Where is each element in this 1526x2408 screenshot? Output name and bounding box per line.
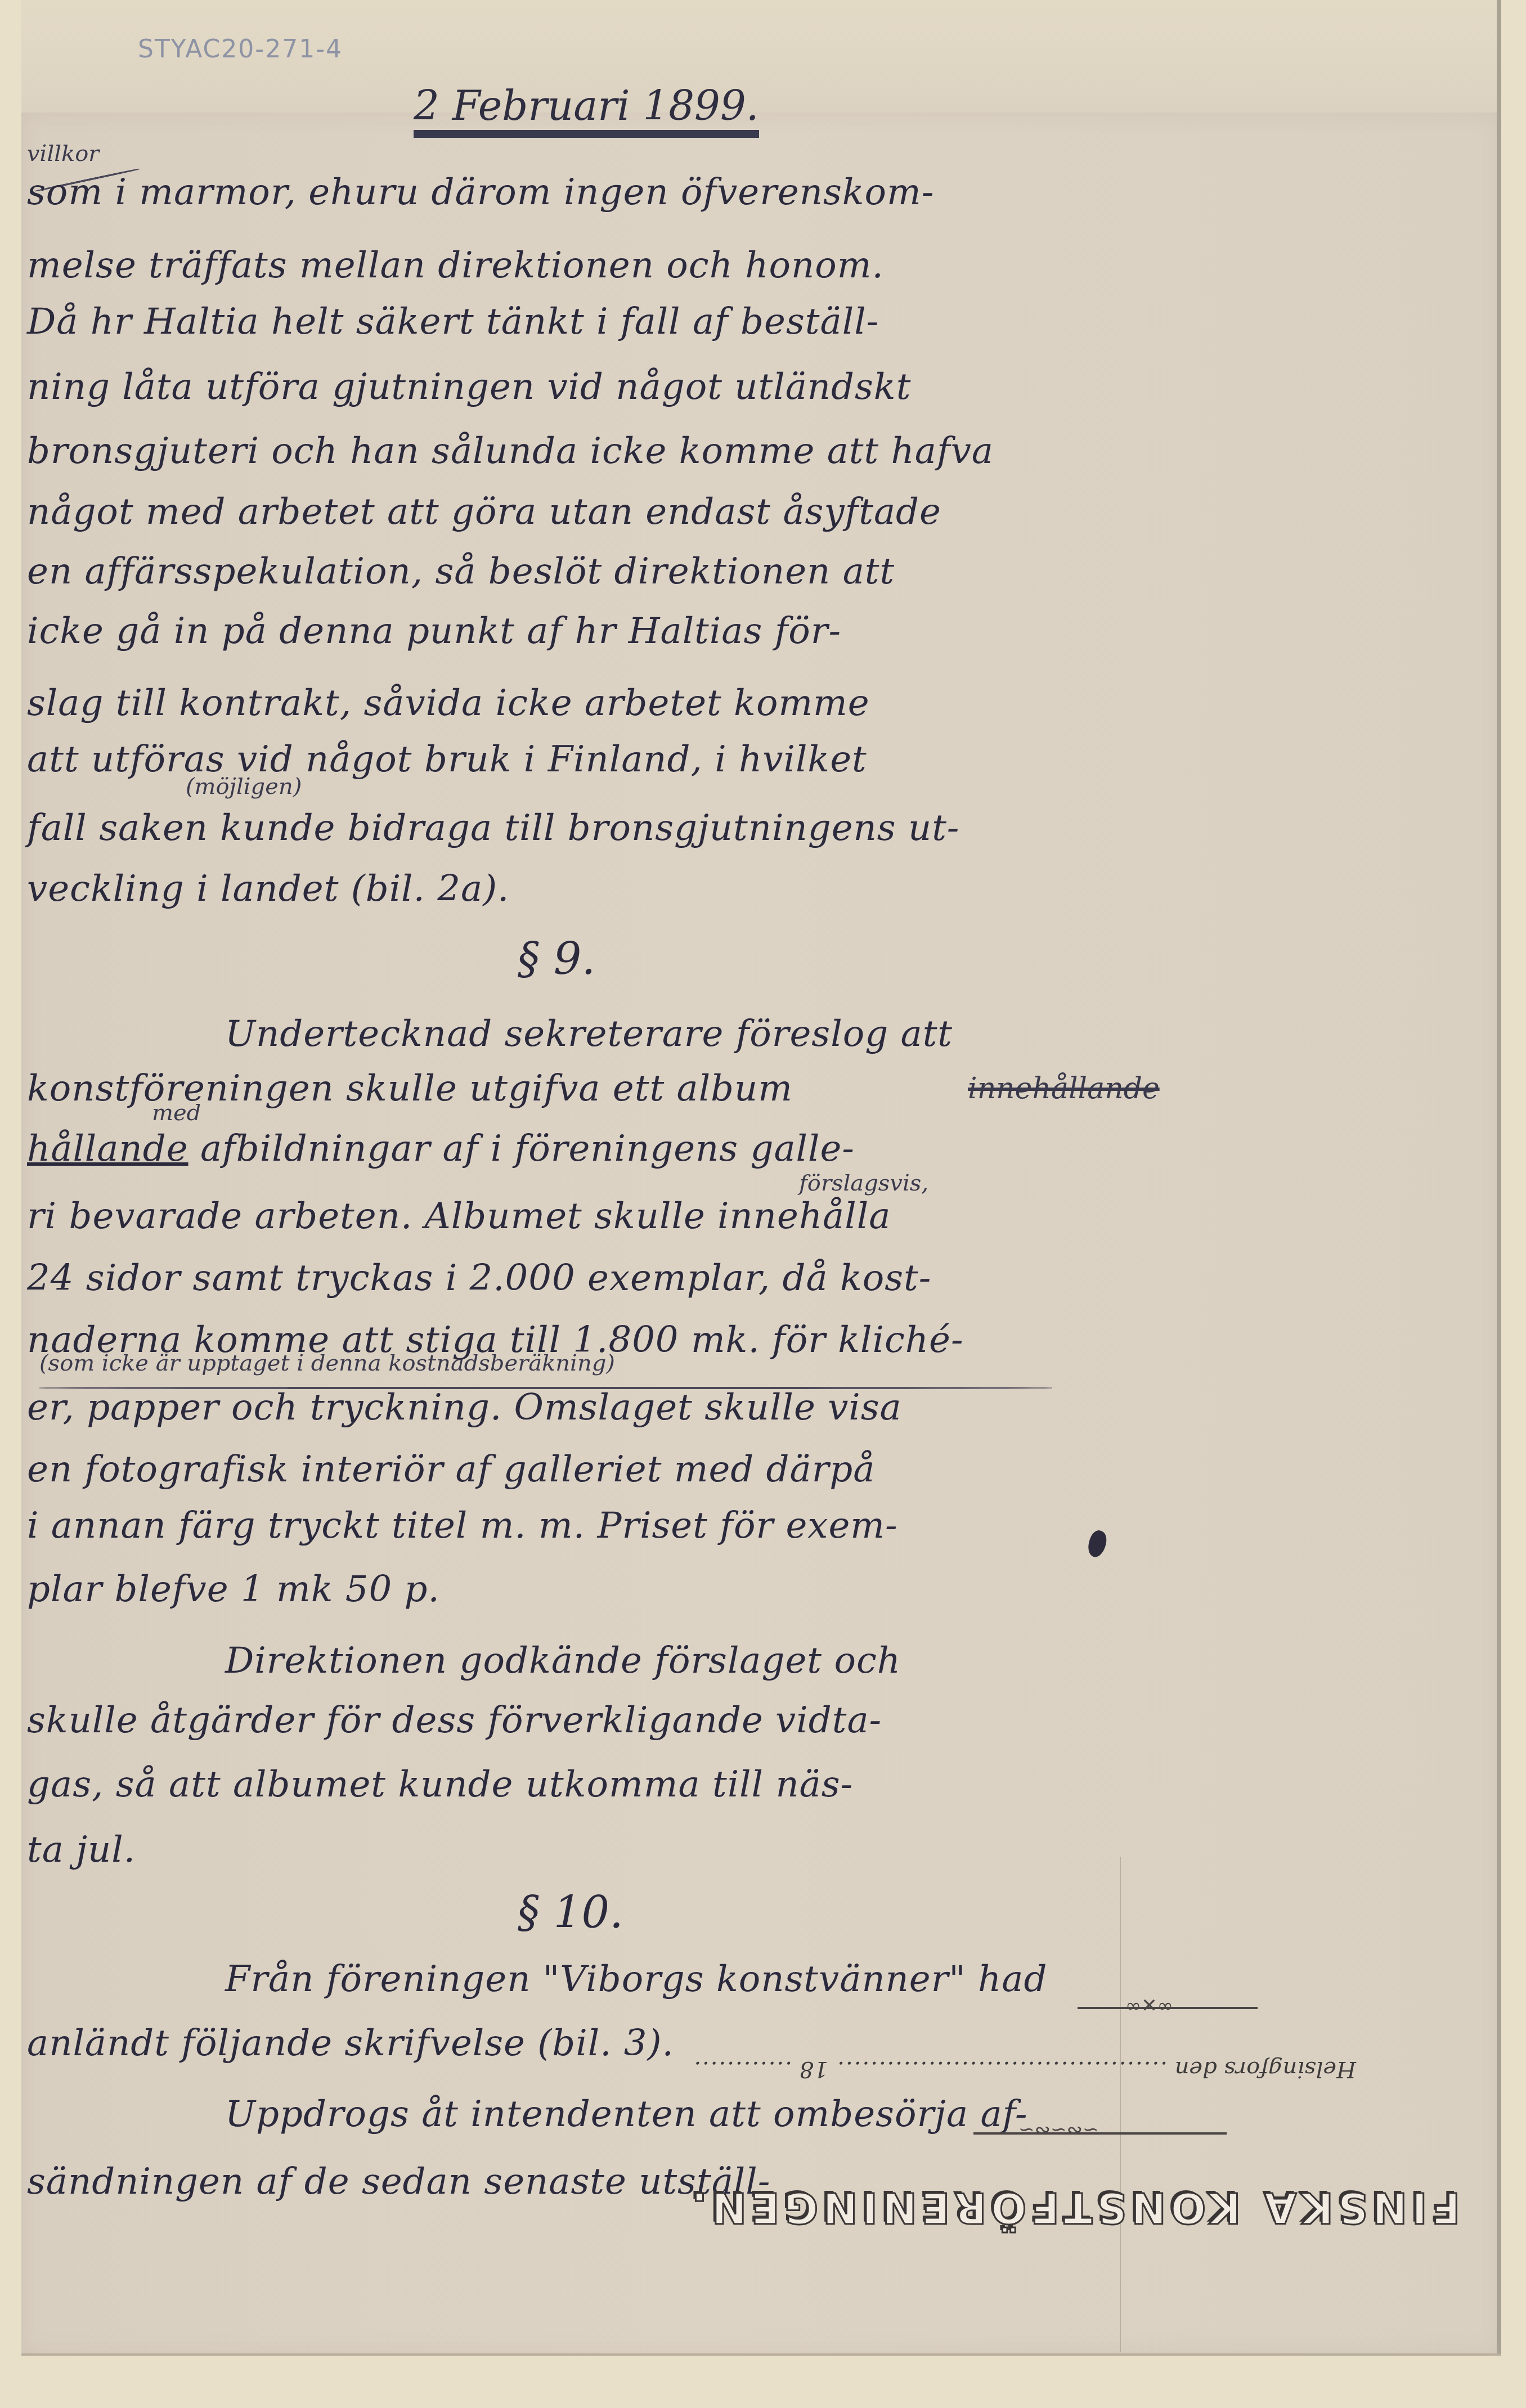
section-9-para2-line-4: ta jul. xyxy=(27,1827,136,1872)
section-10-para2-line-2: sändningen af de sedan senaste utställ- xyxy=(27,2159,770,2204)
text-line-6: något med arbetet att göra utan endast å… xyxy=(27,489,941,534)
section-9-para2-line-2: skulle åtgärder för dess förverkligande … xyxy=(27,1698,882,1743)
section-9-line-5: 24 sidor samt tryckas i 2.000 exemplar, … xyxy=(27,1256,931,1301)
section-9-para2-line-3: gas, så att albumet kunde utkomma till n… xyxy=(27,1762,853,1807)
section-9-line-4: ri bevarade arbeten. Albumet skulle inne… xyxy=(27,1194,891,1239)
section-10-line-1: Från föreningen "Viborgs konstvänner" ha… xyxy=(225,1957,1047,2002)
text-line-8: icke gå in på denna punkt af hr Haltias … xyxy=(27,609,841,654)
insert-forslagsvis: förslagsvis, xyxy=(799,1170,928,1196)
section-9-line-2: konstföreningen skulle utgifva ett album xyxy=(27,1066,793,1111)
struck-word-continuation: hållande xyxy=(27,1128,188,1170)
paper-edge-right xyxy=(1497,0,1501,2355)
insert-med: med xyxy=(152,1100,201,1126)
insert-kostnad: (som icke är upptaget i denna kostnadsbe… xyxy=(39,1350,615,1376)
archive-id: STYAC20-271-4 xyxy=(138,35,343,64)
section-9-line-7: er, papper och tryckning. Omslaget skull… xyxy=(27,1385,902,1430)
text-line-1: som i marmor, ehuru därom ingen öfverens… xyxy=(27,170,934,215)
section-9-heading: § 9. xyxy=(518,934,595,985)
insert-mojligen: (möjligen) xyxy=(186,774,302,799)
text-line-4: ning låta utföra gjutningen vid något ut… xyxy=(27,365,911,410)
letterhead-date-dots: ........................................ xyxy=(828,2056,1168,2082)
text-line-7: en affärsspekulation, så beslöt direktio… xyxy=(27,549,895,594)
text-line-2: melse träffats mellan direktionen och ho… xyxy=(27,243,884,288)
section-9-line-3: hållande afbildningar af i föreningens g… xyxy=(27,1126,855,1171)
section-10-para2-line-1: Uppdrogs åt intendenten att ombesörja af… xyxy=(225,2092,1028,2137)
letterhead-ornament-knot: ∞✕∞ xyxy=(1125,1994,1173,2017)
text-line-9: slag till kontrakt, såvida icke arbetet … xyxy=(27,681,870,726)
text-line-5: bronsgjuteri och han sålunda icke komme … xyxy=(27,429,994,474)
letterhead-place-label: Helsingfors den xyxy=(1175,2056,1356,2082)
insert-villkor: villkor xyxy=(27,141,99,167)
text-line-10: att utföras vid något bruk i Finland, i … xyxy=(27,737,867,782)
section-9-line-3-text: afbildningar af i föreningens galle- xyxy=(200,1128,855,1170)
text-line-11: fall saken kunde bidraga till bronsgjutn… xyxy=(27,806,959,851)
section-9-para2-line-1: Direktionen godkände förslaget och xyxy=(225,1638,901,1683)
letterhead-year-dots: ............ xyxy=(693,2056,792,2082)
section-9-line-9: i annan färg tryckt titel m. m. Priset f… xyxy=(27,1503,898,1548)
section-9-line-10: plar blefve 1 mk 50 p. xyxy=(27,1567,440,1612)
section-10-heading: § 10. xyxy=(518,1888,623,1938)
letterhead-ornament-wave: ∽∾∽∾∽ xyxy=(1018,2118,1098,2141)
section-9-line-1: Undertecknad sekreterare föreslog att xyxy=(225,1012,953,1057)
text-line-3: Då hr Haltia helt säkert tänkt i fall af… xyxy=(27,299,879,344)
page-title-date: 2 Februari 1899. xyxy=(414,82,759,138)
section-10-line-2: anländt följande skrifvelse (bil. 3). xyxy=(27,2021,674,2066)
paper-edge-bottom xyxy=(21,2353,1501,2356)
letterhead-ornament-bottom xyxy=(973,2132,1227,2135)
paper-fold-line xyxy=(1120,1857,1121,2352)
text-line-12: veckling i landet (bil. 2a). xyxy=(27,866,509,911)
letterhead-title: FINSKA KONSTFÖRENINGEN. xyxy=(892,2183,1460,2231)
section-9-line-8: en fotografisk interiör af galleriet med… xyxy=(27,1447,875,1492)
struck-word: innehållande xyxy=(968,1072,1160,1106)
letterhead-year-prefix: 18 xyxy=(800,2056,828,2082)
letterhead-place-line: Helsingfors den ........................… xyxy=(906,2056,1356,2082)
